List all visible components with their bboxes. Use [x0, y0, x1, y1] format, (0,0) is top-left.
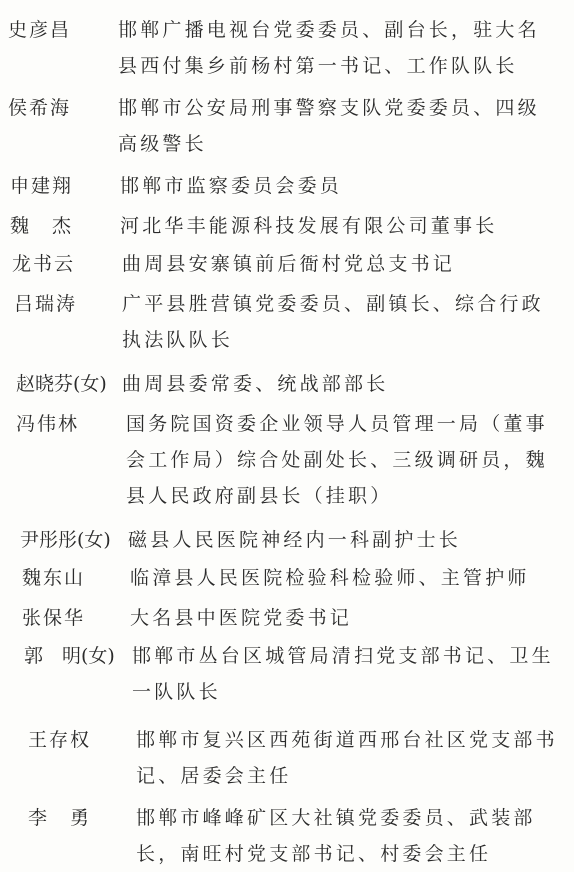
person-name: 史彦昌 [8, 12, 71, 48]
person-name: 申建翔 [10, 168, 73, 204]
person-title: 大名县中医院党委书记 [130, 600, 352, 636]
person-title: 邯郸市公安局刑事警察支队党委委员、四级 高级警长 [118, 90, 540, 162]
person-name: 魏东山 [22, 560, 85, 596]
person-name: 尹彤彤(女) [20, 522, 111, 558]
title-line: 河北华丰能源科技发展有限公司董事长 [120, 208, 497, 244]
person-title: 曲周县委常委、统战部部长 [122, 366, 388, 402]
title-line: 磁县人民医院神经内一科副护士长 [128, 522, 461, 558]
person-name: 魏 杰 [10, 208, 73, 244]
person-title: 邯郸市丛台区城管局清扫党支部书记、卫生 一队队长 [132, 638, 554, 710]
title-line: 邯郸市监察委员会委员 [120, 168, 342, 204]
person-name: 郭 明(女) [24, 638, 115, 674]
title-line: 会工作局）综合处副处长、三级调研员，魏 [126, 442, 548, 478]
person-title: 邯郸广播电视台党委委员、副台长，驻大名 县西付集乡前杨村第一书记、工作队队长 [118, 12, 540, 84]
document-page: 史彦昌 邯郸广播电视台党委委员、副台长，驻大名 县西付集乡前杨村第一书记、工作队… [0, 0, 574, 872]
person-name: 冯伟林 [16, 406, 79, 442]
title-line: 记、居委会主任 [136, 758, 558, 794]
title-line: 邯郸市复兴区西苑街道西邢台社区党支部书 [136, 722, 558, 758]
person-name: 吕瑞涛 [14, 286, 77, 322]
person-title: 临漳县人民医院检验科检验师、主管护师 [130, 560, 530, 596]
person-name: 龙书云 [12, 246, 75, 282]
person-name: 赵晓芬(女) [16, 366, 107, 402]
title-line: 高级警长 [118, 126, 540, 162]
title-line: 邯郸市公安局刑事警察支队党委委员、四级 [118, 90, 540, 126]
title-line: 长，南旺村党支部书记、村委会主任 [136, 836, 536, 872]
title-line: 一队队长 [132, 674, 554, 710]
person-title: 国务院国资委企业领导人员管理一局（董事 会工作局）综合处副处长、三级调研员，魏 … [126, 406, 548, 514]
title-line: 执法队队长 [122, 322, 544, 358]
title-line: 曲周县安寨镇前后衙村党总支书记 [122, 246, 455, 282]
person-title: 河北华丰能源科技发展有限公司董事长 [120, 208, 497, 244]
title-line: 广平县胜营镇党委委员、副镇长、综合行政 [122, 286, 544, 322]
title-line: 县西付集乡前杨村第一书记、工作队队长 [118, 48, 540, 84]
person-title: 邯郸市峰峰矿区大社镇党委委员、武装部 长，南旺村党支部书记、村委会主任 [136, 800, 536, 872]
person-title: 邯郸市复兴区西苑街道西邢台社区党支部书 记、居委会主任 [136, 722, 558, 794]
person-name: 王存权 [28, 722, 91, 758]
person-title: 广平县胜营镇党委委员、副镇长、综合行政 执法队队长 [122, 286, 544, 358]
title-line: 曲周县委常委、统战部部长 [122, 366, 388, 402]
title-line: 邯郸市丛台区城管局清扫党支部书记、卫生 [132, 638, 554, 674]
title-line: 大名县中医院党委书记 [130, 600, 352, 636]
person-title: 邯郸市监察委员会委员 [120, 168, 342, 204]
person-name: 侯希海 [8, 90, 71, 126]
title-line: 国务院国资委企业领导人员管理一局（董事 [126, 406, 548, 442]
person-title: 曲周县安寨镇前后衙村党总支书记 [122, 246, 455, 282]
person-name: 李 勇 [28, 800, 91, 836]
title-line: 邯郸广播电视台党委委员、副台长，驻大名 [118, 12, 540, 48]
title-line: 临漳县人民医院检验科检验师、主管护师 [130, 560, 530, 596]
title-line: 邯郸市峰峰矿区大社镇党委委员、武装部 [136, 800, 536, 836]
person-title: 磁县人民医院神经内一科副护士长 [128, 522, 461, 558]
title-line: 县人民政府副县长（挂职） [126, 478, 548, 514]
person-name: 张保华 [22, 600, 85, 636]
